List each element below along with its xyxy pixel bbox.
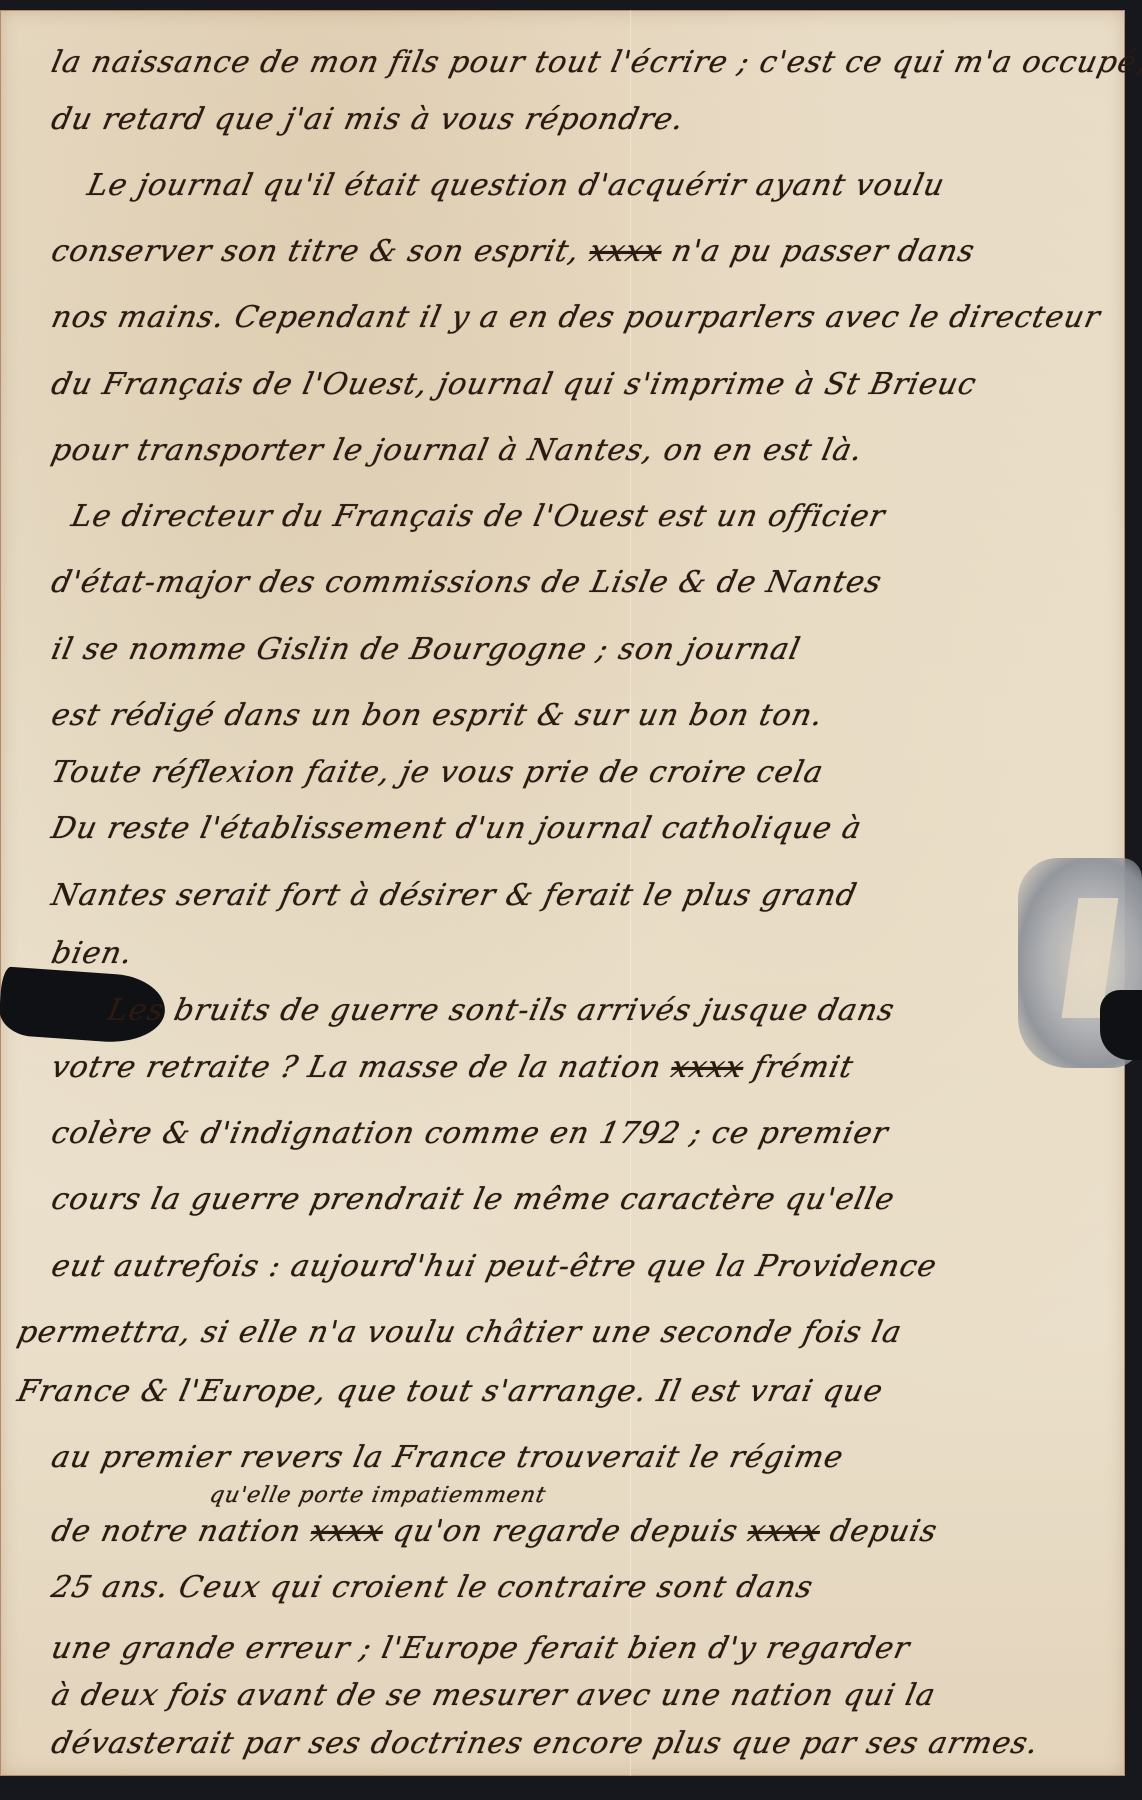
- manuscript-line: d'état-major des commissions de Lisle & …: [48, 565, 885, 600]
- manuscript-line: Les bruits de guerre sont-ils arrivés ju…: [104, 993, 898, 1028]
- manuscript-line: bien.: [48, 936, 136, 971]
- manuscript-line: Le journal qu'il était question d'acquér…: [84, 168, 948, 203]
- manuscript-line: Nantes serait fort à désirer & ferait le…: [48, 878, 860, 913]
- manuscript-line: il se nomme Gislin de Bourgogne ; son jo…: [48, 632, 804, 667]
- struck-out-word: xxxx: [586, 234, 665, 269]
- manuscript-line: une grande erreur ; l'Europe ferait bien…: [48, 1631, 913, 1666]
- manuscript-line: conserver son titre & son esprit, xxxx n…: [48, 234, 978, 269]
- edge-tear: [1100, 990, 1142, 1060]
- manuscript-line: 25 ans. Ceux qui croient le contraire so…: [48, 1570, 816, 1605]
- manuscript-line: est rédigé dans un bon esprit & sur un b…: [48, 698, 826, 733]
- manuscript-line: cours la guerre prendrait le même caract…: [48, 1182, 898, 1217]
- manuscript-line: de notre nation xxxx qu'on regarde depui…: [48, 1514, 940, 1549]
- manuscript-line: au premier revers la France trouverait l…: [48, 1440, 847, 1475]
- manuscript-line: colère & d'indignation comme en 1792 ; c…: [48, 1116, 891, 1151]
- manuscript-line: du retard que j'ai mis à vous répondre.: [48, 102, 687, 137]
- manuscript-line: France & l'Europe, que tout s'arrange. I…: [14, 1374, 886, 1409]
- manuscript-line: eut autrefois : aujourd'hui peut-être qu…: [48, 1249, 940, 1284]
- manuscript-line: nos mains. Cependant il y a en des pourp…: [48, 300, 1104, 335]
- manuscript-line: Du reste l'établissement d'un journal ca…: [48, 811, 865, 846]
- manuscript-line: du Français de l'Ouest, journal qui s'im…: [48, 367, 980, 402]
- manuscript-line: permettra, si elle n'a voulu châtier une…: [14, 1315, 905, 1350]
- manuscript-line: votre retraite ? La masse de la nation x…: [48, 1050, 857, 1085]
- manuscript-line: à deux fois avant de se mesurer avec une…: [48, 1678, 939, 1713]
- manuscript-line: Le directeur du Français de l'Ouest est …: [68, 499, 888, 534]
- interlinear-insertion: qu'elle porte impatiemment: [207, 1483, 548, 1508]
- manuscript-line: Toute réflexion faite, je vous prie de c…: [48, 755, 827, 790]
- manuscript-line: dévasterait par ses doctrines encore plu…: [48, 1726, 1042, 1761]
- struck-out-word: xxxx: [745, 1514, 824, 1549]
- manuscript-line: pour transporter le journal à Nantes, on…: [48, 433, 866, 468]
- struck-out-word: xxxx: [668, 1050, 747, 1085]
- manuscript-line: la naissance de mon fils pour tout l'écr…: [48, 45, 1142, 80]
- struck-out-word: xxxx: [308, 1514, 387, 1549]
